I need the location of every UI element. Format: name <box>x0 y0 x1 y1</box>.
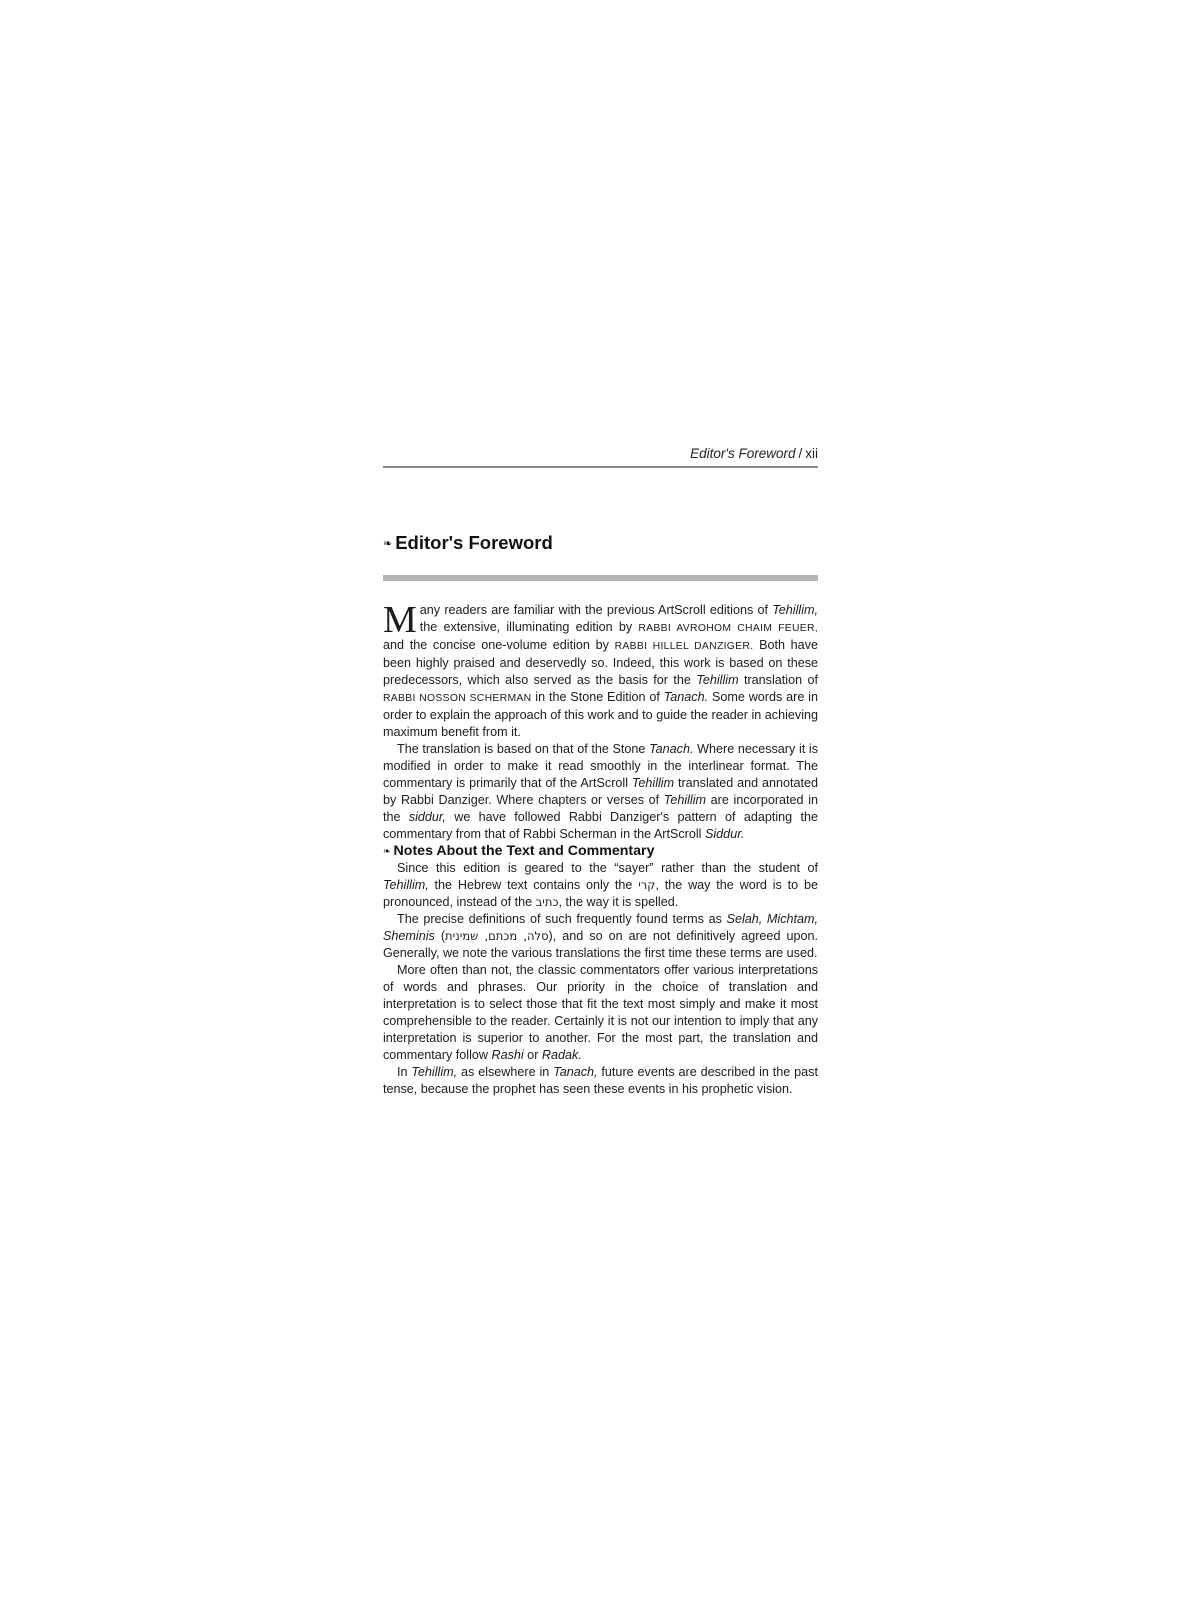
small-caps-name: RABBI NOSSON SCHERMAN <box>383 693 531 704</box>
hebrew-term: קרי <box>638 878 655 892</box>
italic-run: Tehillim, <box>411 1065 457 1079</box>
hebrew-term: סלה, מכתם, שמינית <box>445 929 549 943</box>
small-caps-name: RABBI AVROHOM CHAIM FEUER, <box>638 623 818 634</box>
text-run: The precise definitions of such frequent… <box>397 912 727 926</box>
italic-run: Tanach. <box>664 690 708 704</box>
body-text: Many readers are familiar with the previ… <box>383 602 818 1098</box>
italic-run: Tehillim <box>696 673 738 687</box>
small-caps-name: RABBI HILLEL DANZIGER. <box>615 641 754 652</box>
fleuron-icon: ❧ <box>383 537 391 550</box>
text-run: or <box>524 1048 542 1062</box>
italic-run: Tehillim, <box>772 603 818 617</box>
text-run: , the way it is spelled. <box>559 895 679 909</box>
text-run: More often than not, the classic comment… <box>383 963 818 1062</box>
italic-run: Tehillim <box>632 776 674 790</box>
header-rule <box>383 466 818 468</box>
italic-run: siddur, <box>409 810 446 824</box>
italic-run: Rashi <box>491 1048 523 1062</box>
page-title-text: Editor's Foreword <box>395 532 553 554</box>
running-head: Editor's Foreword/xii <box>690 446 818 461</box>
text-run: In <box>397 1065 411 1079</box>
text-run: translation of <box>739 673 818 687</box>
text-run: any readers are familiar with the previo… <box>420 603 772 617</box>
italic-run: Tehillim <box>664 793 706 807</box>
italic-run: Tanach. <box>649 742 693 756</box>
text-run: as elsewhere in <box>457 1065 553 1079</box>
paragraph-6: In Tehillim, as elsewhere in Tanach, fut… <box>383 1064 818 1098</box>
text-run: we have followed Rabbi Danziger's patter… <box>383 810 818 841</box>
paragraph-3: Since this edition is geared to the “say… <box>383 860 818 911</box>
italic-run: Siddur. <box>705 827 744 841</box>
text-run: in the Stone Edition of <box>531 690 663 704</box>
italic-run: Tehillim, <box>383 878 429 892</box>
text-run: the Hebrew text contains only the <box>429 878 638 892</box>
section-subheading: ❧Notes About the Text and Commentary <box>383 843 818 860</box>
drop-cap: M <box>383 605 417 635</box>
paragraph-1: Many readers are familiar with the previ… <box>383 602 818 741</box>
italic-run: Tanach, <box>553 1065 597 1079</box>
text-run: ( <box>435 929 445 943</box>
title-rule <box>383 575 818 581</box>
text-run: the extensive, illuminating edition by <box>420 620 639 634</box>
hebrew-term: כתיב <box>536 895 559 909</box>
subheading-text: Notes About the Text and Commentary <box>394 843 655 860</box>
running-head-separator: / <box>798 446 802 461</box>
page-number: xii <box>805 446 818 461</box>
running-head-section: Editor's Foreword <box>690 446 795 461</box>
text-run: The translation is based on that of the … <box>397 742 649 756</box>
text-run: and the concise one-volume edition by <box>383 638 615 652</box>
paragraph-2: The translation is based on that of the … <box>383 741 818 843</box>
text-run: Since this edition is geared to the “say… <box>397 861 818 875</box>
italic-run: Radak. <box>542 1048 582 1062</box>
paragraph-4: The precise definitions of such frequent… <box>383 911 818 962</box>
fleuron-icon: ❧ <box>383 843 390 860</box>
page-title: ❧ Editor's Foreword <box>383 532 553 554</box>
paragraph-5: More often than not, the classic comment… <box>383 962 818 1064</box>
